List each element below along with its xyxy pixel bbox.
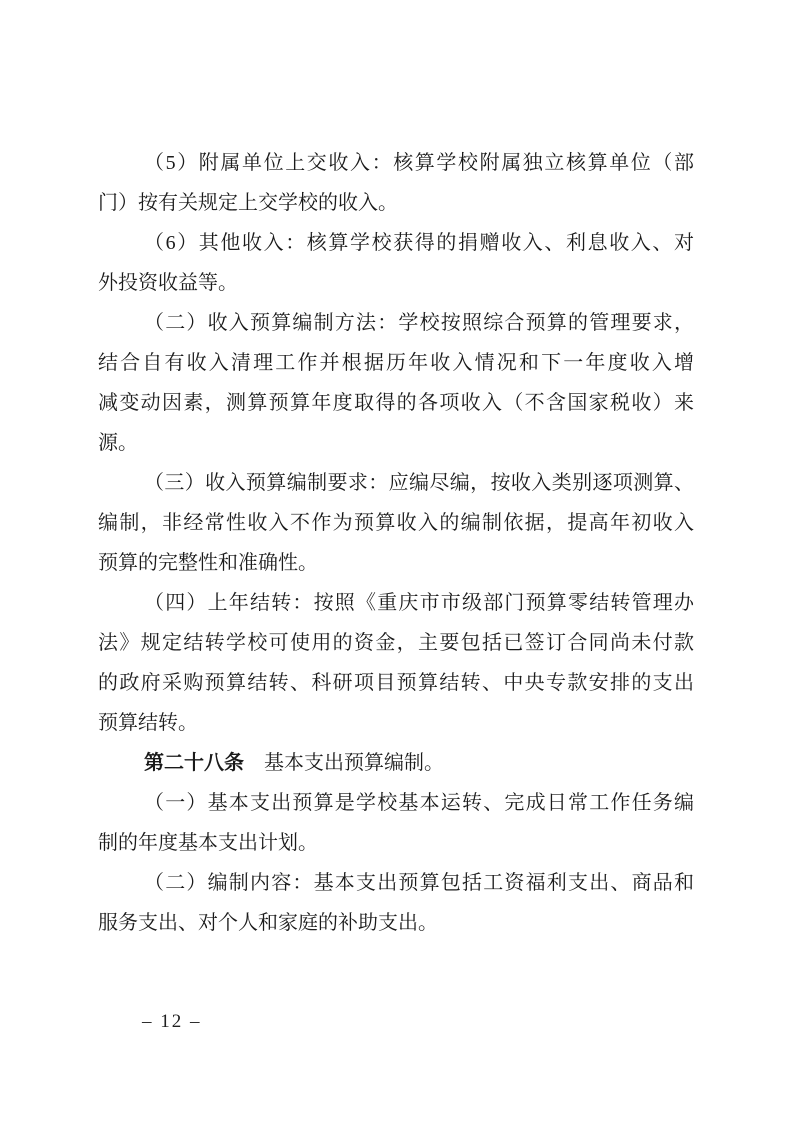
text-line: 编制，非经常性收入不作为预算收入的编制依据，提高年初收入 <box>98 503 694 543</box>
paragraph-3: （二）收入预算编制方法：学校按照综合预算的管理要求，结合自有收入清理工作并根据历… <box>98 303 694 463</box>
paragraph-1: （5）附属单位上交收入：核算学校附属独立核算单位（部门）按有关规定上交学校的收入… <box>98 143 694 223</box>
text-line: 源。 <box>98 423 694 463</box>
text-line: 减变动因素，测算预算年度取得的各项收入（不含国家税收）来 <box>98 383 694 423</box>
text-line: 的政府采购预算结转、科研项目预算结转、中央专款安排的支出 <box>98 663 694 703</box>
text-line: （二）编制内容：基本支出预算包括工资福利支出、商品和 <box>98 863 694 903</box>
paragraph-2: （6）其他收入：核算学校获得的捐赠收入、利息收入、对外投资收益等。 <box>98 223 694 303</box>
text-line: 预算结转。 <box>98 703 694 743</box>
document-page: （5）附属单位上交收入：核算学校附属独立核算单位（部门）按有关规定上交学校的收入… <box>0 0 794 1123</box>
page-number: – 12 – <box>142 1008 202 1036</box>
text-line: （一）基本支出预算是学校基本运转、完成日常工作任务编 <box>98 783 694 823</box>
document-body: （5）附属单位上交收入：核算学校附属独立核算单位（部门）按有关规定上交学校的收入… <box>98 143 694 943</box>
text-line: （三）收入预算编制要求：应编尽编，按收入类别逐项测算、 <box>98 463 694 503</box>
text-line: （5）附属单位上交收入：核算学校附属独立核算单位（部 <box>98 143 694 183</box>
text-line: （二）收入预算编制方法：学校按照综合预算的管理要求， <box>98 303 694 343</box>
text-line: 法》规定结转学校可使用的资金，主要包括已签订合同尚未付款 <box>98 623 694 663</box>
text-line: （6）其他收入：核算学校获得的捐赠收入、利息收入、对 <box>98 223 694 263</box>
text-line: 制的年度基本支出计划。 <box>98 823 694 863</box>
article-number: 第二十八条 <box>144 752 244 774</box>
paragraph-8: （二）编制内容：基本支出预算包括工资福利支出、商品和服务支出、对个人和家庭的补助… <box>98 863 694 943</box>
text-line: 服务支出、对个人和家庭的补助支出。 <box>98 903 694 943</box>
text-line: 结合自有收入清理工作并根据历年收入情况和下一年度收入增 <box>98 343 694 383</box>
paragraph-5: （四）上年结转：按照《重庆市市级部门预算零结转管理办法》规定结转学校可使用的资金… <box>98 583 694 743</box>
text-line: 外投资收益等。 <box>98 263 694 303</box>
text-line: 第二十八条 基本支出预算编制。 <box>98 743 694 783</box>
paragraph-6: 第二十八条 基本支出预算编制。 <box>98 743 694 783</box>
paragraph-4: （三）收入预算编制要求：应编尽编，按收入类别逐项测算、编制，非经常性收入不作为预… <box>98 463 694 583</box>
text-line: 门）按有关规定上交学校的收入。 <box>98 183 694 223</box>
paragraph-7: （一）基本支出预算是学校基本运转、完成日常工作任务编制的年度基本支出计划。 <box>98 783 694 863</box>
text-line: 预算的完整性和准确性。 <box>98 543 694 583</box>
text-line: （四）上年结转：按照《重庆市市级部门预算零结转管理办 <box>98 583 694 623</box>
